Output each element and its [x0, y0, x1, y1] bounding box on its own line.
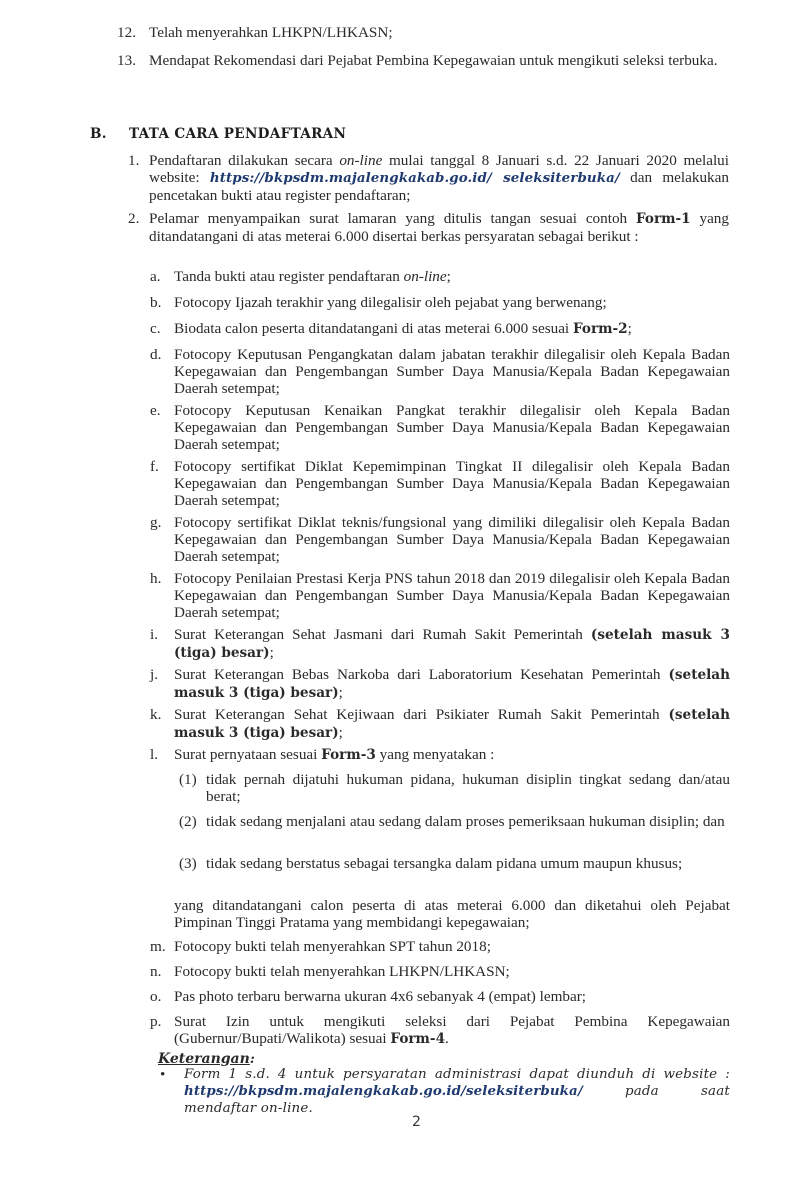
- item-text: ;: [447, 268, 451, 285]
- item-letter: c.: [150, 320, 161, 337]
- item-text: ;: [339, 724, 343, 741]
- item-letter: d.: [150, 346, 161, 363]
- item-text: yang ditandatangani calon peserta di ata…: [174, 897, 730, 931]
- requirement-o: Pas photo terbaru berwarna ukuran 4x6 se…: [174, 988, 730, 1005]
- item-text: Biodata calon peserta ditandatangani di …: [174, 320, 573, 337]
- registration-link[interactable]: https://bkpsdm.majalengkakab.go.id/ sele…: [210, 170, 620, 186]
- item-letter: b.: [150, 294, 161, 311]
- item-text: ;: [339, 684, 343, 701]
- note-title-colon: :: [250, 1051, 255, 1067]
- item-letter: l.: [150, 746, 158, 763]
- requirement-f: Fotocopy sertifikat Diklat Kepemimpinan …: [174, 458, 730, 509]
- download-link[interactable]: https://bkpsdm.majalengkakab.go.id/selek…: [184, 1083, 583, 1099]
- requirement-l-closing: yang ditandatangani calon peserta di ata…: [174, 897, 730, 931]
- section-letter: B.: [90, 126, 107, 143]
- sub-item: tidak pernah dijatuhi hukuman pidana, hu…: [206, 771, 730, 805]
- item-letter: n.: [150, 963, 161, 980]
- sub-item: tidak sedang menjalani atau sedang dalam…: [206, 813, 730, 830]
- step-1: Pendaftaran dilakukan secara on-line mul…: [149, 152, 729, 204]
- sub-item-text: tidak pernah dijatuhi hukuman pidana, hu…: [206, 771, 730, 805]
- step-text-italic: on-line: [339, 152, 382, 169]
- item-letter: k.: [150, 706, 161, 723]
- list-item: Mendapat Rekomendasi dari Pejabat Pembin…: [149, 52, 729, 69]
- item-number: 13.: [117, 52, 136, 69]
- sub-item: tidak sedang berstatus sebagai tersangka…: [206, 855, 730, 872]
- item-text: ;: [270, 644, 274, 661]
- sub-item-number: (1): [179, 771, 197, 788]
- note-text-part: Form 1 s.d. 4 untuk persyaratan administ…: [184, 1067, 730, 1082]
- item-text: Fotocopy bukti telah menyerahkan SPT tah…: [174, 938, 491, 955]
- item-text: Surat Keterangan Sehat Kejiwaan dari Psi…: [174, 706, 668, 723]
- page-number: 2: [412, 1114, 421, 1131]
- item-letter: p.: [150, 1013, 161, 1030]
- item-text: Fotocopy sertifikat Diklat Kepemimpinan …: [174, 458, 730, 509]
- form-reference: Form-3: [321, 747, 376, 763]
- step-text: Pelamar menyampaikan surat lamaran yang …: [149, 210, 636, 227]
- list-item: Telah menyerahkan LHKPN/LHKASN;: [149, 24, 729, 41]
- sub-item-text: tidak sedang berstatus sebagai tersangka…: [206, 855, 682, 872]
- item-text: Fotocopy Keputusan Kenaikan Pangkat tera…: [174, 402, 730, 453]
- item-text-italic: on-line: [404, 268, 447, 285]
- item-text: Surat Keterangan Sehat Jasmani dari Ruma…: [174, 626, 591, 643]
- sub-item-number: (3): [179, 855, 197, 872]
- requirement-i: Surat Keterangan Sehat Jasmani dari Ruma…: [174, 626, 730, 662]
- requirement-e: Fotocopy Keputusan Kenaikan Pangkat tera…: [174, 402, 730, 453]
- sub-item-number: (2): [179, 813, 197, 830]
- item-text: Tanda bukti atau register pendaftaran: [174, 268, 404, 285]
- item-letter: a.: [150, 268, 161, 285]
- step-number: 2.: [128, 210, 139, 227]
- item-letter: j.: [150, 666, 158, 683]
- item-text: Mendapat Rekomendasi dari Pejabat Pembin…: [149, 52, 718, 69]
- step-text: Pendaftaran dilakukan secara: [149, 152, 339, 169]
- requirement-k: Surat Keterangan Sehat Kejiwaan dari Psi…: [174, 706, 730, 742]
- requirement-c: Biodata calon peserta ditandatangani di …: [174, 320, 730, 338]
- item-letter: o.: [150, 988, 161, 1005]
- sub-item-text: tidak sedang menjalani atau sedang dalam…: [206, 813, 725, 830]
- note-text: Form 1 s.d. 4 untuk persyaratan administ…: [184, 1066, 730, 1117]
- item-text: yang menyatakan :: [376, 746, 495, 763]
- item-text: Fotocopy bukti telah menyerahkan LHKPN/L…: [174, 963, 510, 980]
- item-number: 12.: [117, 24, 136, 41]
- document-page: 12. Telah menyerahkan LHKPN/LHKASN; 13. …: [0, 0, 796, 1200]
- requirement-a: Tanda bukti atau register pendaftaran on…: [174, 268, 730, 285]
- step-number: 1.: [128, 152, 139, 169]
- step-2: Pelamar menyampaikan surat lamaran yang …: [149, 210, 729, 245]
- item-text: Surat pernyataan sesuai: [174, 746, 321, 763]
- bullet-icon: •: [160, 1066, 165, 1083]
- section-title: TATA CARA PENDAFTARAN: [129, 126, 346, 143]
- requirement-l: Surat pernyataan sesuai Form-3 yang meny…: [174, 746, 730, 764]
- form-reference: Form-2: [573, 321, 628, 337]
- item-letter: e.: [150, 402, 161, 419]
- form-reference: Form-1: [636, 211, 691, 227]
- requirement-p: Surat Izin untuk mengikuti seleksi dari …: [174, 1013, 730, 1048]
- item-letter: h.: [150, 570, 161, 587]
- item-text: Pas photo terbaru berwarna ukuran 4x6 se…: [174, 988, 586, 1005]
- item-letter: f.: [150, 458, 159, 475]
- item-text: Fotocopy sertifikat Diklat teknis/fungsi…: [174, 514, 730, 565]
- item-text: ;: [628, 320, 632, 337]
- item-text: Fotocopy Penilaian Prestasi Kerja PNS ta…: [174, 570, 730, 621]
- item-text: .: [445, 1030, 449, 1047]
- form-reference: Form-4: [390, 1031, 445, 1047]
- requirement-j: Surat Keterangan Bebas Narkoba dari Labo…: [174, 666, 730, 702]
- item-letter: m.: [150, 938, 166, 955]
- item-text: Telah menyerahkan LHKPN/LHKASN;: [149, 24, 393, 41]
- requirement-h: Fotocopy Penilaian Prestasi Kerja PNS ta…: [174, 570, 730, 621]
- note-title-text: Keterangan: [158, 1051, 250, 1067]
- requirement-m: Fotocopy bukti telah menyerahkan SPT tah…: [174, 938, 730, 955]
- requirement-n: Fotocopy bukti telah menyerahkan LHKPN/L…: [174, 963, 730, 980]
- item-text: Fotocopy Ijazah terakhir yang dilegalisi…: [174, 294, 607, 311]
- requirement-d: Fotocopy Keputusan Pengangkatan dalam ja…: [174, 346, 730, 397]
- item-text: Fotocopy Keputusan Pengangkatan dalam ja…: [174, 346, 730, 397]
- item-text: Surat Izin untuk mengikuti seleksi dari …: [174, 1013, 730, 1047]
- item-letter: i.: [150, 626, 158, 643]
- requirement-b: Fotocopy Ijazah terakhir yang dilegalisi…: [174, 294, 730, 311]
- item-letter: g.: [150, 514, 161, 531]
- requirement-g: Fotocopy sertifikat Diklat teknis/fungsi…: [174, 514, 730, 565]
- item-text: Surat Keterangan Bebas Narkoba dari Labo…: [174, 666, 668, 683]
